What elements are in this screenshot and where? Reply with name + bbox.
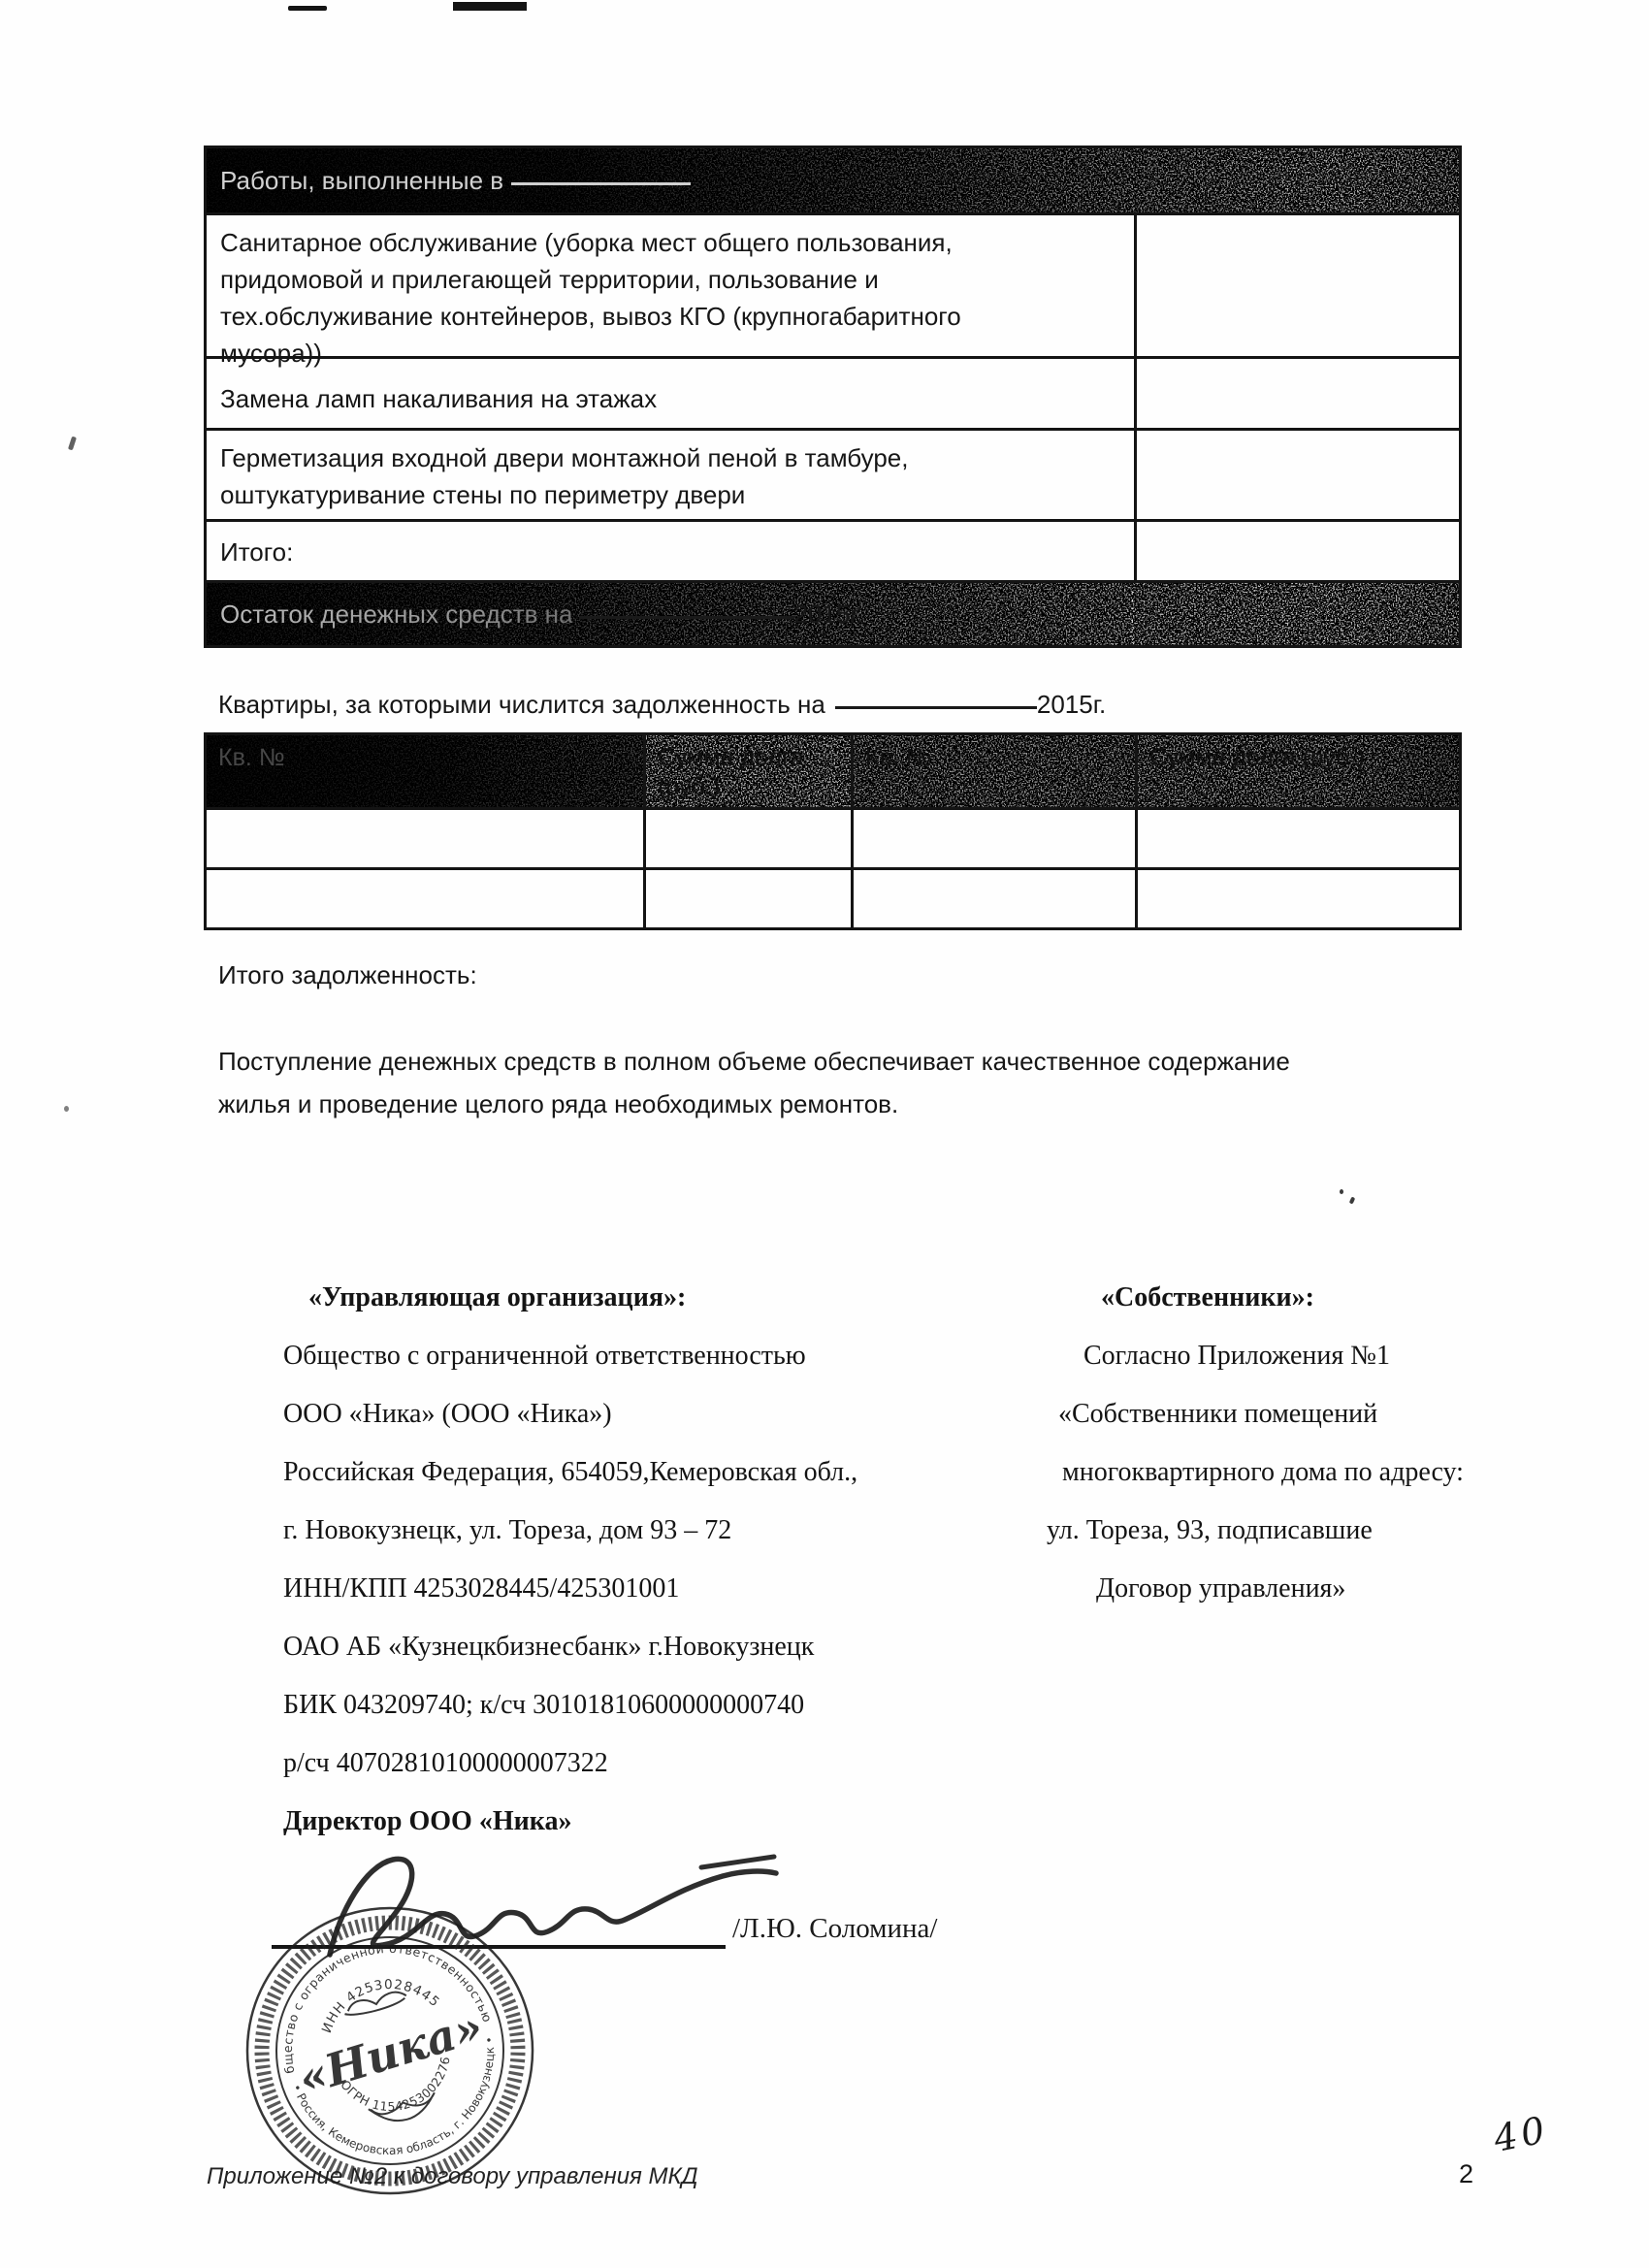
- table-row: Герметизация входной двери монтажной пен…: [207, 428, 1459, 519]
- management-line: Российская Федерация, 654059,Кемеровская…: [283, 1443, 962, 1502]
- debt-cell: [207, 870, 643, 927]
- scan-artifact-speck2: [1349, 1196, 1356, 1204]
- management-line: ОАО АБ «Кузнецкбизнесбанк» г.Новокузнецк: [283, 1618, 962, 1676]
- debts-table: Кв. № Сумма долга (руб.) Кв. № Сумма дол…: [204, 732, 1462, 930]
- blank-line: [511, 178, 691, 185]
- debt-cell: [207, 810, 643, 867]
- owners-line: многоквартирного дома по адресу:: [1062, 1443, 1547, 1502]
- handwritten-page-note: 40: [1490, 2108, 1552, 2160]
- header-cell-debt-sum: Сумма долга (руб.): [643, 735, 851, 807]
- balance-label-text: Остаток денежных средств на: [220, 599, 573, 629]
- work-description-cell: Замена ламп накаливания на этажах: [207, 359, 1134, 428]
- work-description: Герметизация входной двери монтажной пен…: [220, 439, 1025, 513]
- works-table-header-row: Работы, выполненные в: [207, 148, 1459, 212]
- debts-intro-year: 2015г.: [1037, 690, 1106, 719]
- scanned-document-page: Работы, выполненные в Санитарное обслужи…: [0, 0, 1649, 2268]
- owners-column: «Собственники»: Согласно Приложения №1 «…: [1043, 1269, 1547, 1618]
- management-line: ООО «Ника» (ООО «Ника»): [283, 1385, 962, 1443]
- management-line: р/сч 40702810100000007322: [283, 1734, 962, 1793]
- header-cell-apartment2: Кв. №: [851, 735, 1135, 807]
- table-row: Замена ламп накаливания на этажах: [207, 356, 1459, 428]
- blank-line: [835, 702, 1037, 709]
- work-description-cell: Санитарное обслуживание (уборка мест общ…: [207, 215, 1134, 356]
- management-column: «Управляющая организация»: Общество с ог…: [283, 1269, 962, 1851]
- management-line: ИНН/КПП 4253028445/425301001: [283, 1560, 962, 1618]
- scan-artifact-speck: [1340, 1189, 1343, 1194]
- management-line: БИК 043209740; к/сч 30101810600000000740: [283, 1676, 962, 1734]
- debts-intro-text: Квартиры, за которыми числится задолженн…: [218, 690, 825, 719]
- debt-cell: [851, 810, 1135, 867]
- scan-artifact-bar: [453, 2, 527, 11]
- scan-artifact-dash: [288, 6, 327, 11]
- scan-artifact-dot: [64, 1106, 69, 1112]
- balance-year: 2015г.: [794, 599, 863, 629]
- balance-label-cell: Остаток денежных средств на2015г.: [207, 599, 1131, 630]
- management-line: г. Новокузнецк, ул. Тореза, дом 93 – 72: [283, 1502, 962, 1560]
- debt-cell: [1135, 810, 1459, 867]
- debt-cell: [851, 870, 1135, 927]
- owners-line: Договор управления»: [1096, 1560, 1547, 1618]
- stamp-center-name: «Ника»: [292, 2000, 489, 2106]
- header-label: Кв. №: [865, 744, 932, 771]
- debts-row: [207, 807, 1459, 867]
- total-value-cell: [1134, 522, 1459, 580]
- work-value-cell: [1134, 431, 1459, 519]
- works-table: Работы, выполненные в Санитарное обслужи…: [204, 146, 1462, 648]
- header-label: Кв. №: [218, 744, 285, 771]
- debts-intro-line: Квартиры, за которыми числится задолженн…: [218, 683, 1106, 726]
- work-description: Санитарное обслуживание (уборка мест общ…: [220, 224, 1025, 372]
- table-row: Санитарное обслуживание (уборка мест общ…: [207, 212, 1459, 356]
- company-stamp: Общество с ограниченной ответственностью…: [242, 1903, 537, 2198]
- note-paragraph: Поступление денежных средств в полном об…: [218, 1040, 1334, 1125]
- debt-cell: [643, 870, 851, 927]
- debts-row: [207, 867, 1459, 927]
- debts-header-row: Кв. № Сумма долга (руб.) Кв. № Сумма дол…: [207, 735, 1459, 807]
- management-line: Общество с ограниченной ответственностью: [283, 1327, 962, 1385]
- balance-value-cell: [1131, 583, 1459, 645]
- header-cell-apartment: Кв. №: [207, 735, 643, 807]
- debt-cell: [643, 810, 851, 867]
- management-title: «Управляющая организация»:: [283, 1269, 962, 1327]
- balance-label: Остаток денежных средств на2015г.: [207, 599, 1131, 630]
- debts-total-label: Итого задолженность:: [218, 954, 477, 996]
- work-value-cell: [1134, 359, 1459, 428]
- total-label-cell: Итого:: [207, 522, 1134, 580]
- total-label: Итого:: [220, 537, 293, 567]
- header-label: Сумма долга (руб.): [658, 744, 804, 800]
- page-number: 2: [1459, 2159, 1473, 2189]
- table-row-total: Итого:: [207, 519, 1459, 580]
- owners-line: «Собственники помещений: [1058, 1385, 1547, 1443]
- works-table-title: Работы, выполненные в: [207, 166, 691, 196]
- owners-line: Согласно Приложения №1: [1083, 1327, 1547, 1385]
- work-description: Замена ламп накаливания на этажах: [220, 380, 1025, 417]
- work-description-cell: Герметизация входной двери монтажной пен…: [207, 431, 1134, 519]
- blank-line: [579, 612, 794, 619]
- owners-title: «Собственники»:: [1101, 1269, 1547, 1327]
- balance-row: Остаток денежных средств на2015г.: [207, 580, 1459, 645]
- header-label: Сумма долга (руб.): [1149, 744, 1365, 771]
- debt-cell: [1135, 870, 1459, 927]
- owners-line: ул. Тореза, 93, подписавшие: [1047, 1502, 1547, 1560]
- works-table-title-text: Работы, выполненные в: [220, 166, 503, 195]
- header-cell-debt-sum2: Сумма долга (руб.): [1135, 735, 1459, 807]
- work-value-cell: [1134, 215, 1459, 356]
- scan-artifact-comma: [68, 437, 77, 451]
